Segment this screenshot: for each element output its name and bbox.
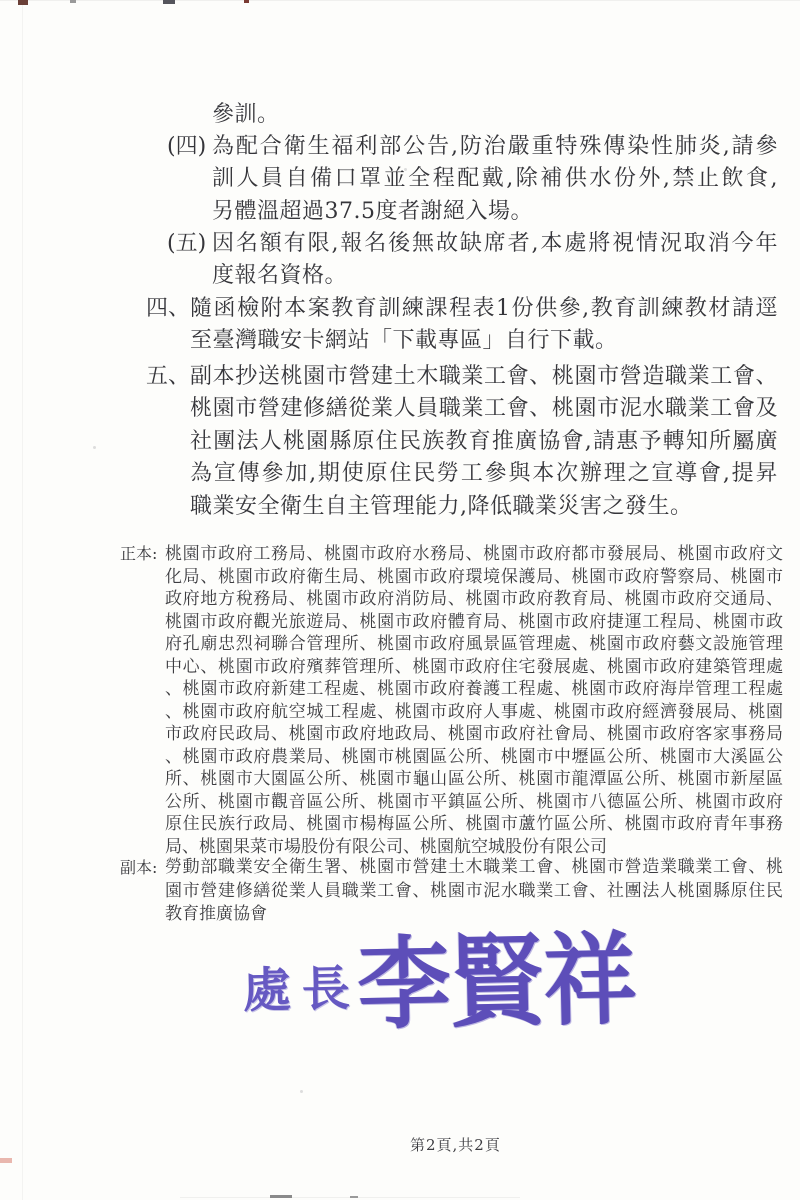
text-line: 原住民族行政局、桃園市楊梅區公所、桃園市蘆竹區公所、桃園市政府青年事務	[165, 813, 783, 836]
text-line: 、桃園市政府農業局、桃園市桃園區公所、桃園市中壢區公所、桃園市大溪區公	[165, 746, 783, 769]
scan-artifact	[0, 1158, 12, 1163]
scan-artifact	[244, 0, 249, 3]
text-line: 隨函檢附本案教育訓練課程表1份供參,教育訓練教材請逕	[190, 293, 778, 325]
body-item-4-sub: (四) 為配合衛生福利部公告,防治嚴重特殊傳染性肺炎,請參 訓人員自備口罩並全程…	[167, 131, 778, 228]
text-line: 另體溫超過37.5度者謝絕入場。	[212, 196, 778, 228]
scan-artifact	[350, 1196, 358, 1198]
stamp-title: 處長	[242, 965, 361, 1015]
text-line: 中心、桃園市政府殯葬管理所、桃園市政府住宅發展處、桃園市政府建築管理處	[165, 656, 783, 679]
text-line: 度報名資格。	[212, 260, 778, 292]
text-line: 訓人員自備口罩並全程配戴,除補供水份外,禁止飲食,	[212, 163, 778, 195]
copy-recipients-label: 副本:	[120, 856, 165, 927]
scan-artifact	[0, 0, 800, 1]
text-line: 局、桃園果菜市場股份有限公司、桃園航空城股份有限公司	[165, 836, 783, 859]
text-line: 勞動部職業安全衛生署、桃園市營建土木職業工會、桃園市營造業職業工會、桃	[165, 856, 783, 880]
item-text: 為配合衛生福利部公告,防治嚴重特殊傳染性肺炎,請參 訓人員自備口罩並全程配戴,除…	[212, 131, 778, 228]
primary-recipients: 正本: 桃園市政府工務局、桃園市政府水務局、桃園市政府都市發展局、桃園市政府文 …	[120, 543, 783, 858]
copy-recipients: 副本: 勞動部職業安全衛生署、桃園市營建土木職業工會、桃園市營造業職業工會、桃 …	[120, 856, 783, 927]
primary-recipients-label: 正本:	[120, 543, 165, 858]
text-line: 為配合衛生福利部公告,防治嚴重特殊傳染性肺炎,請參	[212, 131, 778, 163]
body-item-five: 五、 副本抄送桃園市營建土木職業工會、桃園市營造職業工會、 桃園市營建修繕從業人…	[146, 361, 778, 523]
item-text: 副本抄送桃園市營建土木職業工會、桃園市營造職業工會、 桃園市營建修繕從業人員職業…	[190, 361, 778, 523]
primary-recipients-text: 桃園市政府工務局、桃園市政府水務局、桃園市政府都市發展局、桃園市政府文 化局、桃…	[165, 543, 783, 858]
text-line: 所、桃園市大園區公所、桃園市龜山區公所、桃園市龍潭區公所、桃園市新屋區	[165, 768, 783, 791]
text-line: 桃園市營建修繕從業人員職業工會、桃園市泥水職業工會及	[190, 393, 778, 425]
copy-recipients-text: 勞動部職業安全衛生署、桃園市營建土木職業工會、桃園市營造業職業工會、桃 園市營建…	[165, 856, 783, 927]
text-line: 副本抄送桃園市營建土木職業工會、桃園市營造職業工會、	[190, 361, 778, 393]
text-line: 因名額有限,報名後無故缺席者,本處將視情況取消今年	[212, 228, 778, 260]
text-line: 公所、桃園市觀音區公所、桃園市平鎮區公所、桃園市八德區公所、桃園市政府	[165, 791, 783, 814]
body-item-5-sub: (五) 因名額有限,報名後無故缺席者,本處將視情況取消今年 度報名資格。	[167, 228, 778, 293]
text-line: 社團法人桃園縣原住民族教育推廣協會,請惠予轉知所屬廣	[190, 426, 778, 458]
scan-artifact	[93, 446, 96, 449]
item-marker: 五、	[146, 361, 190, 523]
text-line: 府孔廟忠烈祠聯合管理所、桃園市政府風景區管理處、桃園市政府藝文設施管理	[165, 633, 783, 656]
item-text: 隨函檢附本案教育訓練課程表1份供參,教育訓練教材請逕 至臺灣職安卡網站「下載專區…	[190, 293, 778, 358]
item-marker: 四、	[146, 293, 190, 358]
text-line: 政府地方稅務局、桃園市政府消防局、桃園市政府教育局、桃園市政府交通局、	[165, 588, 783, 611]
item-marker: (四)	[167, 131, 212, 228]
scan-artifact	[163, 0, 175, 4]
text-line: 至臺灣職安卡網站「下載專區」自行下載。	[190, 325, 778, 357]
scan-artifact	[70, 0, 76, 3]
item-text: 因名額有限,報名後無故缺席者,本處將視情況取消今年 度報名資格。	[212, 228, 778, 293]
text-line: 桃園市政府工務局、桃園市政府水務局、桃園市政府都市發展局、桃園市政府文	[165, 543, 783, 566]
text-line: 市政府民政局、桃園市政府地政局、桃園市政府社會局、桃園市政府客家事務局	[165, 723, 783, 746]
text-line: 化局、桃園市政府衛生局、桃園市政府環境保護局、桃園市政府警察局、桃園市	[165, 566, 783, 589]
text-line: 、桃園市政府航空城工程處、桃園市政府人事處、桃園市政府經濟發展局、桃園	[165, 701, 783, 724]
text-line: 職業安全衛生自主管理能力,降低職業災害之發生。	[190, 491, 778, 523]
item-marker: (五)	[167, 228, 212, 293]
stamp-name: 李賢祥	[357, 929, 638, 1035]
text-line: 桃園市政府觀光旅遊局、桃園市政府體育局、桃園市政府捷運工程局、桃園市政	[165, 611, 783, 634]
text-line: 、桃園市政府新建工程處、桃園市政府養護工程處、桃園市政府海岸管理工程處	[165, 678, 783, 701]
scan-artifact	[270, 1195, 292, 1198]
scan-artifact	[22, 0, 23, 1200]
scan-artifact	[300, 1090, 303, 1093]
text-line: 園市營建修繕從業人員職業工會、桃園市泥水職業工會、社團法人桃園縣原住民	[165, 880, 783, 904]
body-continuation-line: 參訓。	[212, 99, 280, 131]
text-line: 為宣傳參加,期使原住民勞工參與本次辦理之宣導會,提昇	[190, 458, 778, 490]
document-page: 參訓。 (四) 為配合衛生福利部公告,防治嚴重特殊傳染性肺炎,請參 訓人員自備口…	[0, 0, 800, 1200]
page-footer: 第2頁,共2頁	[410, 1134, 501, 1156]
scan-artifact	[18, 0, 28, 5]
body-item-four: 四、 隨函檢附本案教育訓練課程表1份供參,教育訓練教材請逕 至臺灣職安卡網站「下…	[146, 293, 778, 358]
